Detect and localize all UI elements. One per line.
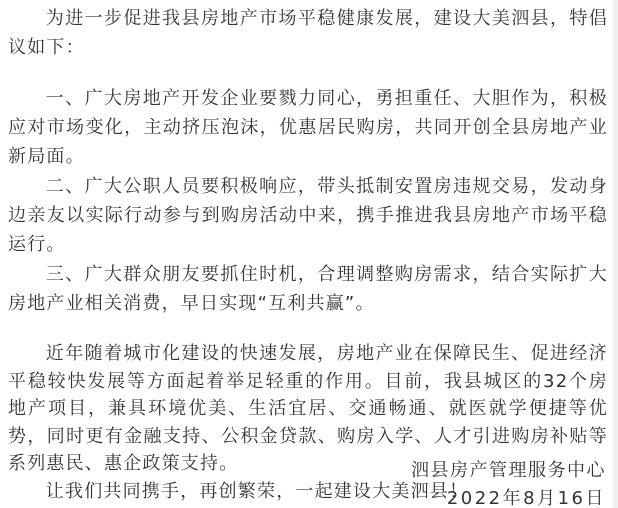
item-developers: 一、广大房地产开发企业要戮力同心，勇担重任、大胆作为，积极应对市场变化，主动挤压… (8, 84, 608, 171)
item-citizens: 三、广大群众朋友要抓住时机，合理调整购房需求，结合实际扩大房地产业相关消费，早日… (8, 260, 608, 318)
signature-date: 2022年8月16日 (447, 484, 606, 508)
page-edge (613, 0, 618, 508)
signature-organization: 泗县房产管理服务中心 (411, 456, 606, 482)
item-public-servants: 二、广大公职人员要积极响应，带头抵制安置房违规交易，发动身边亲友以实际行动参与到… (8, 172, 608, 259)
intro-paragraph: 为进一步促进我县房地产市场平稳健康发展，建设大美泗县，特倡议如下： (8, 4, 608, 62)
proposal-document: 为进一步促进我县房地产市场平稳健康发展，建设大美泗县，特倡议如下： 一、广大房地… (8, 4, 608, 506)
